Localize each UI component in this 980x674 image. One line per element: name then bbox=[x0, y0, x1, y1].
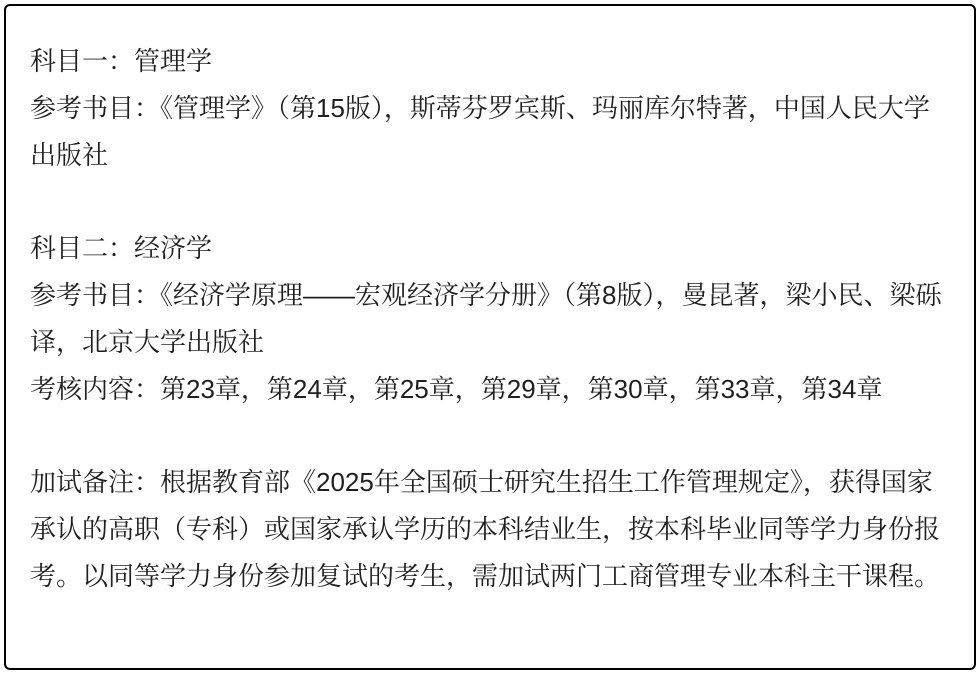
subject2-title: 科目二：经济学 bbox=[30, 225, 950, 272]
subject2-section: 科目二：经济学 参考书目：《经济学原理——宏观经济学分册》（第8版），曼昆著，梁… bbox=[30, 225, 950, 413]
subject1-section: 科目一：管理学 参考书目：《管理学》（第15版），斯蒂芬罗宾斯、玛丽库尔特著，中… bbox=[30, 38, 950, 179]
subject2-assessment-content: 考核内容：第23章，第24章，第25章，第29章，第30章，第33章，第34章 bbox=[30, 366, 950, 413]
document-page: 科目一：管理学 参考书目：《管理学》（第15版），斯蒂芬罗宾斯、玛丽库尔特著，中… bbox=[4, 4, 976, 670]
subject1-title: 科目一：管理学 bbox=[30, 38, 950, 85]
subject2-reference-books: 参考书目：《经济学原理——宏观经济学分册》（第8版），曼昆著，梁小民、梁砾译，北… bbox=[30, 272, 950, 366]
additional-test-note: 加试备注：根据教育部《2025年全国硕士研究生招生工作管理规定》，获得国家承认的… bbox=[30, 459, 950, 600]
subject1-reference-books: 参考书目：《管理学》（第15版），斯蒂芬罗宾斯、玛丽库尔特著，中国人民大学出版社 bbox=[30, 85, 950, 179]
additional-test-note-section: 加试备注：根据教育部《2025年全国硕士研究生招生工作管理规定》，获得国家承认的… bbox=[30, 459, 950, 600]
